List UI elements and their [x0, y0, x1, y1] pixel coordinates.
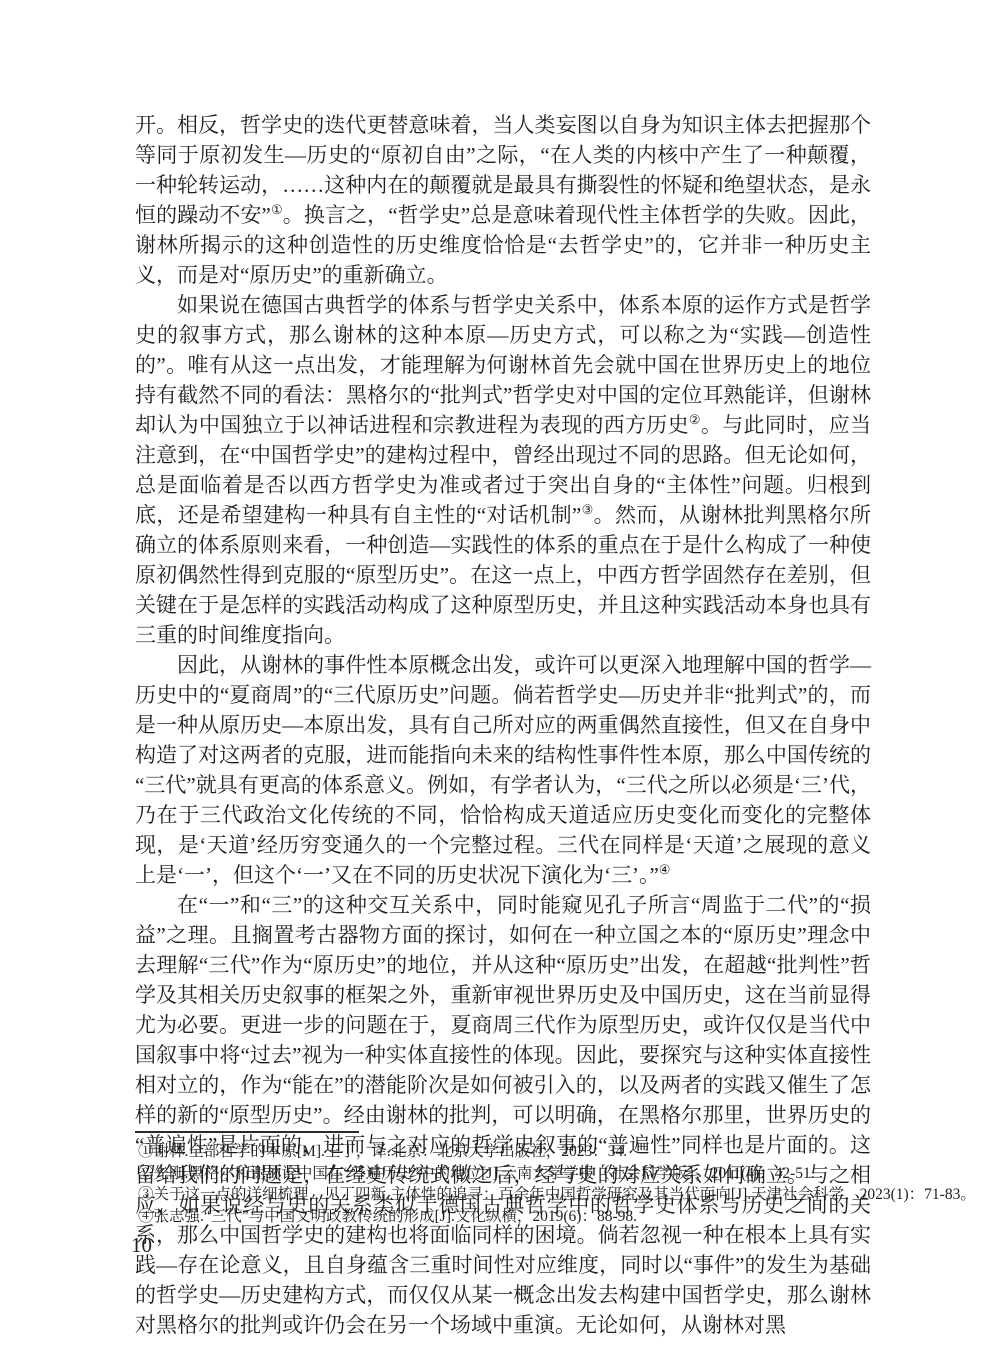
footnote-ref: ②	[689, 412, 701, 427]
footnote-separator	[135, 1131, 359, 1133]
document-page: 开。相反，哲学史的迭代更替意味着，当人类妄图以自身为知识主体去把握那个等同于原初…	[0, 0, 1000, 1347]
body-paragraph: 开。相反，哲学史的迭代更替意味着，当人类妄图以自身为知识主体去把握那个等同于原初…	[135, 110, 871, 290]
footnote: ④张志强.“三代”与中国文明政教传统的形成[J].文化纵横，2019(6)：88…	[138, 1206, 898, 1228]
body-paragraph: 在“一”和“三”的这种交互关系中，同时能窥见孔子所言“周监于二代”的“损益”之理…	[135, 890, 871, 1340]
footnote: ③关于这一点的详细梳理，见丁四新.主体性的追寻：百余年中国哲学研究及其当代面向[…	[138, 1184, 898, 1206]
footnote: ②先刚.黑格尔和谢林论中国在“普遍历史”中的地位[J].云南大学学报（社会科学版…	[138, 1163, 898, 1185]
page-number: 10	[131, 1233, 152, 1257]
footnote-ref: ④	[659, 862, 671, 877]
footnote: ①谢林.全部哲学的本原[M].王丁，译.北京：北京大学出版社，2023：34.	[138, 1141, 898, 1163]
footnote-ref: ①	[271, 202, 283, 217]
body-paragraph: 如果说在德国古典哲学的体系与哲学史关系中，体系本原的运作方式是哲学史的叙事方式，…	[135, 290, 871, 650]
footnotes: ①谢林.全部哲学的本原[M].王丁，译.北京：北京大学出版社，2023：34.②…	[138, 1141, 898, 1227]
body-paragraph: 因此，从谢林的事件性本原概念出发，或许可以更深入地理解中国的哲学—历史中的“夏商…	[135, 650, 871, 890]
footnote-ref: ③	[581, 502, 593, 517]
